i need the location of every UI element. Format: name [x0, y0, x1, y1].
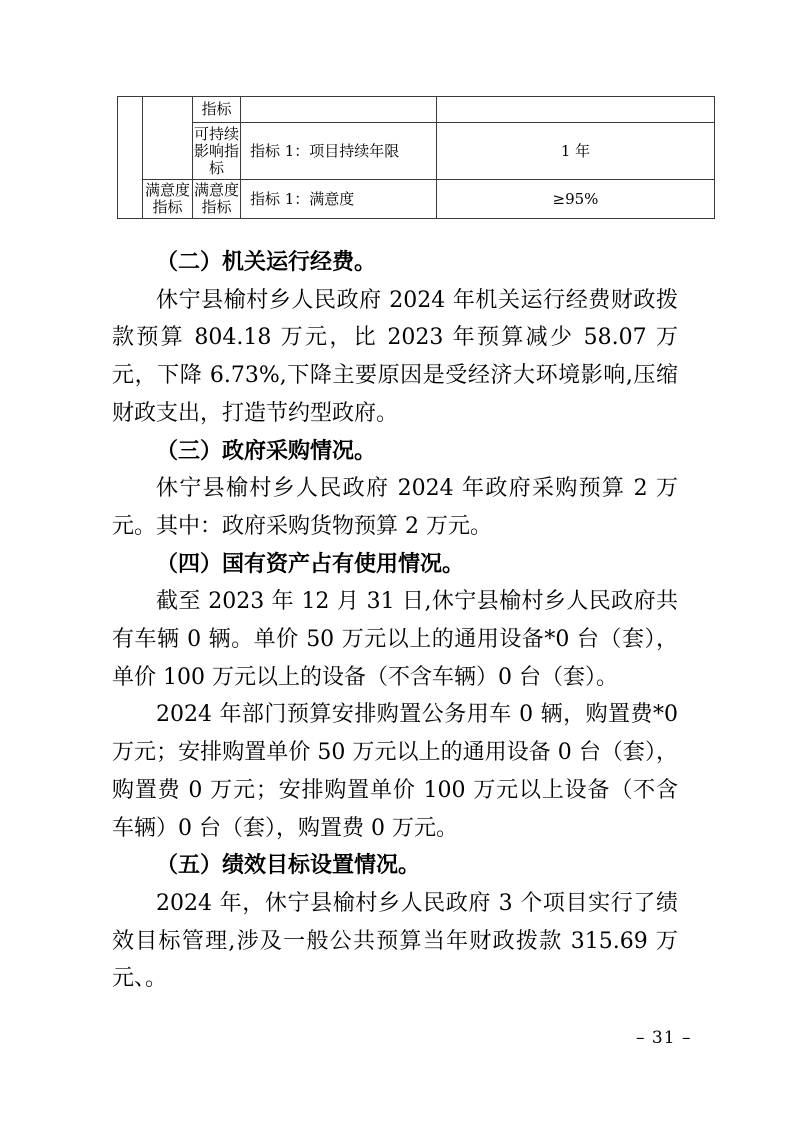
table-cell-left-spacer — [118, 97, 143, 219]
performance-indicator-table: 指标 可持续影响指标 指标 1：项目持续年限 1 年 满意度指标 满意度指标 指… — [117, 96, 715, 219]
table-cell-satisfaction-category: 满意度指标 — [143, 180, 193, 219]
paragraph-performance-targets: 2024 年，休宁县榆村乡人民政府 3 个项目实行了绩效目标管理,涉及一般公共预… — [112, 885, 678, 998]
table-cell-indicator-empty — [241, 97, 437, 123]
table-cell-subgroup-partial: 指标 — [193, 97, 241, 123]
section-heading-performance-targets: （五）绩效目标设置情况。 — [112, 847, 678, 885]
section-heading-state-assets: （四）国有资产占有使用情况。 — [112, 546, 678, 584]
paragraph-state-assets-1: 截至 2023 年 12 月 31 日,休宁县榆村乡人民政府共有车辆 0 辆。单… — [112, 583, 678, 696]
section-heading-operating-expenses: （二）机关运行经费。 — [112, 244, 678, 282]
table-cell-sustainability-group: 可持续影响指标 — [193, 123, 241, 180]
table-cell-duration-value: 1 年 — [437, 123, 715, 180]
table-cell-satisfaction-group: 满意度指标 — [193, 180, 241, 219]
table-cell-group-empty — [143, 97, 193, 180]
section-heading-procurement: （三）政府采购情况。 — [112, 433, 678, 471]
paragraph-operating-expenses: 休宁县榆村乡人民政府 2024 年机关运行经费财政拨款预算 804.18 万元，… — [112, 282, 678, 433]
page-number: – 31 – — [636, 1028, 691, 1048]
paragraph-state-assets-2: 2024 年部门预算安排购置公务用车 0 辆，购置费*0 万元；安排购置单价 5… — [112, 696, 678, 847]
body-text: （二）机关运行经费。 休宁县榆村乡人民政府 2024 年机关运行经费财政拨款预算… — [112, 244, 678, 998]
table-cell-duration-indicator: 指标 1：项目持续年限 — [241, 123, 437, 180]
paragraph-procurement: 休宁县榆村乡人民政府 2024 年政府采购预算 2 万元。其中：政府采购货物预算… — [112, 470, 678, 545]
table-cell-satisfaction-value: ≥95% — [437, 180, 715, 219]
document-page: 指标 可持续影响指标 指标 1：项目持续年限 1 年 满意度指标 满意度指标 指… — [0, 0, 793, 1122]
table-cell-value-empty — [437, 97, 715, 123]
table-cell-satisfaction-indicator: 指标 1：满意度 — [241, 180, 437, 219]
